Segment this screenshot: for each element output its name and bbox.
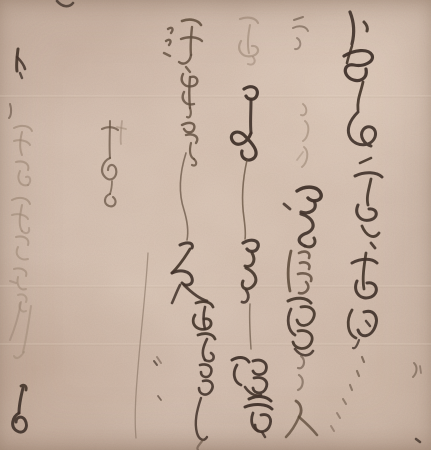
ink-stroke [371,243,375,248]
ink-stroke [190,143,194,159]
ink-stroke [157,357,161,363]
ink-stroke [16,161,28,170]
ink-stroke [17,277,26,289]
ink-stroke [12,198,30,204]
ink-stroke [110,181,112,194]
manuscript-photo: Handwritten cursive Japanese calligraphy… [0,0,431,450]
ink-stroke [299,417,317,435]
ink-stroke [14,126,32,131]
ink-stroke [303,121,308,141]
ink-stroke [364,22,367,31]
ink-stroke [243,240,258,251]
crease-line-and-specks [57,1,161,438]
ink-stroke [305,238,315,247]
ink-stroke [20,132,22,155]
ink-stroke [350,385,352,390]
ink-stroke [297,152,303,160]
ink-stroke [180,243,192,248]
ink-stroke [10,302,21,340]
ink-stroke [295,349,313,355]
ink-stroke [262,432,265,437]
ink-stroke [102,158,116,179]
calligraphy-column-4 [157,20,215,450]
ink-stroke [288,309,295,335]
ink-stroke [362,226,379,237]
ink-stroke [301,201,315,213]
ink-stroke [117,127,126,129]
ink-stroke [301,104,306,115]
ink-stroke [249,397,271,401]
ink-stroke [248,25,250,53]
ink-stroke [288,298,311,303]
calligraphy-column-2 [284,17,321,437]
ink-stroke [231,132,256,160]
ink-stroke [286,417,299,437]
ink-stroke [420,366,421,373]
ink-stroke [14,140,30,145]
ink-stroke [302,147,307,167]
ink-stroke [121,121,122,144]
ink-stroke [297,187,321,201]
ink-stroke [298,273,311,281]
calligraphy-ink-layer [0,0,431,450]
calligraphy-column-6-far-left [9,49,32,432]
calligraphy-column-5-small [102,121,126,206]
ink-stroke [158,396,161,400]
ink-stroke [186,67,190,72]
ink-stroke [164,53,170,56]
ink-stroke [299,282,308,293]
ink-stroke [200,364,211,377]
ink-stroke [350,12,354,44]
calligraphy-column-1-rightmost [331,12,421,442]
ink-stroke [18,294,27,302]
ink-stroke [298,356,304,368]
ink-stroke [187,108,191,117]
ink-stroke [288,251,291,291]
ink-stroke [232,358,249,362]
ink-stroke [18,171,28,185]
ink-stroke [180,153,187,240]
ink-stroke [14,352,24,358]
ink-stroke [299,252,309,258]
ink-stroke [255,415,271,432]
ink-stroke [10,281,16,283]
ink-stroke [154,361,157,365]
ink-stroke [243,160,247,239]
ink-stroke [299,214,313,246]
ink-stroke [360,158,371,163]
ink-stroke [182,123,194,132]
ink-stroke [168,28,172,33]
ink-stroke [337,413,340,418]
ink-stroke [284,204,290,209]
ink-stroke [366,321,370,326]
ink-stroke [9,104,11,118]
ink-stroke [253,378,267,393]
ink-stroke [294,17,303,20]
ink-stroke [362,357,364,362]
ink-stroke [17,247,28,259]
ink-stroke [182,20,201,25]
ink-stroke [26,177,30,185]
ink-stroke [245,253,254,266]
ink-stroke [105,194,116,206]
ink-stroke [248,57,255,65]
ink-stroke [19,388,23,413]
ink-stroke [20,205,22,231]
ink-stroke [367,179,371,205]
ink-stroke [186,134,197,143]
ink-stroke [172,285,180,303]
ink-stroke [293,331,312,349]
ink-stroke [193,315,211,329]
ink-stroke [205,353,214,361]
ink-stroke [172,249,190,273]
ink-stroke [17,49,18,71]
ink-stroke [203,339,207,360]
calligraphy-column-3-center [231,18,272,437]
ink-stroke [197,440,203,450]
ink-stroke [343,399,346,404]
ink-stroke [191,27,192,55]
ink-stroke [179,55,191,64]
ink-stroke [192,159,196,166]
ink-stroke [331,426,334,431]
ink-stroke [355,173,382,177]
ink-stroke [357,371,359,376]
ink-stroke [245,405,272,409]
ink-stroke [253,360,266,375]
ink-stroke [348,310,356,338]
ink-stroke [234,365,241,385]
ink-stroke [416,439,420,442]
ink-stroke [357,205,377,220]
ink-stroke [240,18,258,23]
ink-stroke [296,401,301,417]
ink-stroke [13,413,27,432]
ink-stroke [298,375,303,390]
ink-stroke [344,51,372,81]
ink-stroke [196,398,207,440]
ink-stroke [348,112,375,146]
ink-stroke [172,271,192,285]
ink-stroke [250,304,251,349]
ink-stroke [20,73,22,78]
ink-stroke [300,262,309,269]
ink-stroke [199,381,213,395]
ink-stroke [242,290,248,302]
ink-stroke [166,40,170,45]
ink-stroke [22,228,29,233]
ink-stroke [413,363,417,377]
ink-stroke [16,236,28,245]
ink-stroke [295,38,300,49]
ink-stroke [356,281,377,298]
ink-stroke [293,26,308,31]
ink-stroke [57,1,73,6]
ink-stroke [297,307,314,326]
ink-stroke [14,268,26,276]
